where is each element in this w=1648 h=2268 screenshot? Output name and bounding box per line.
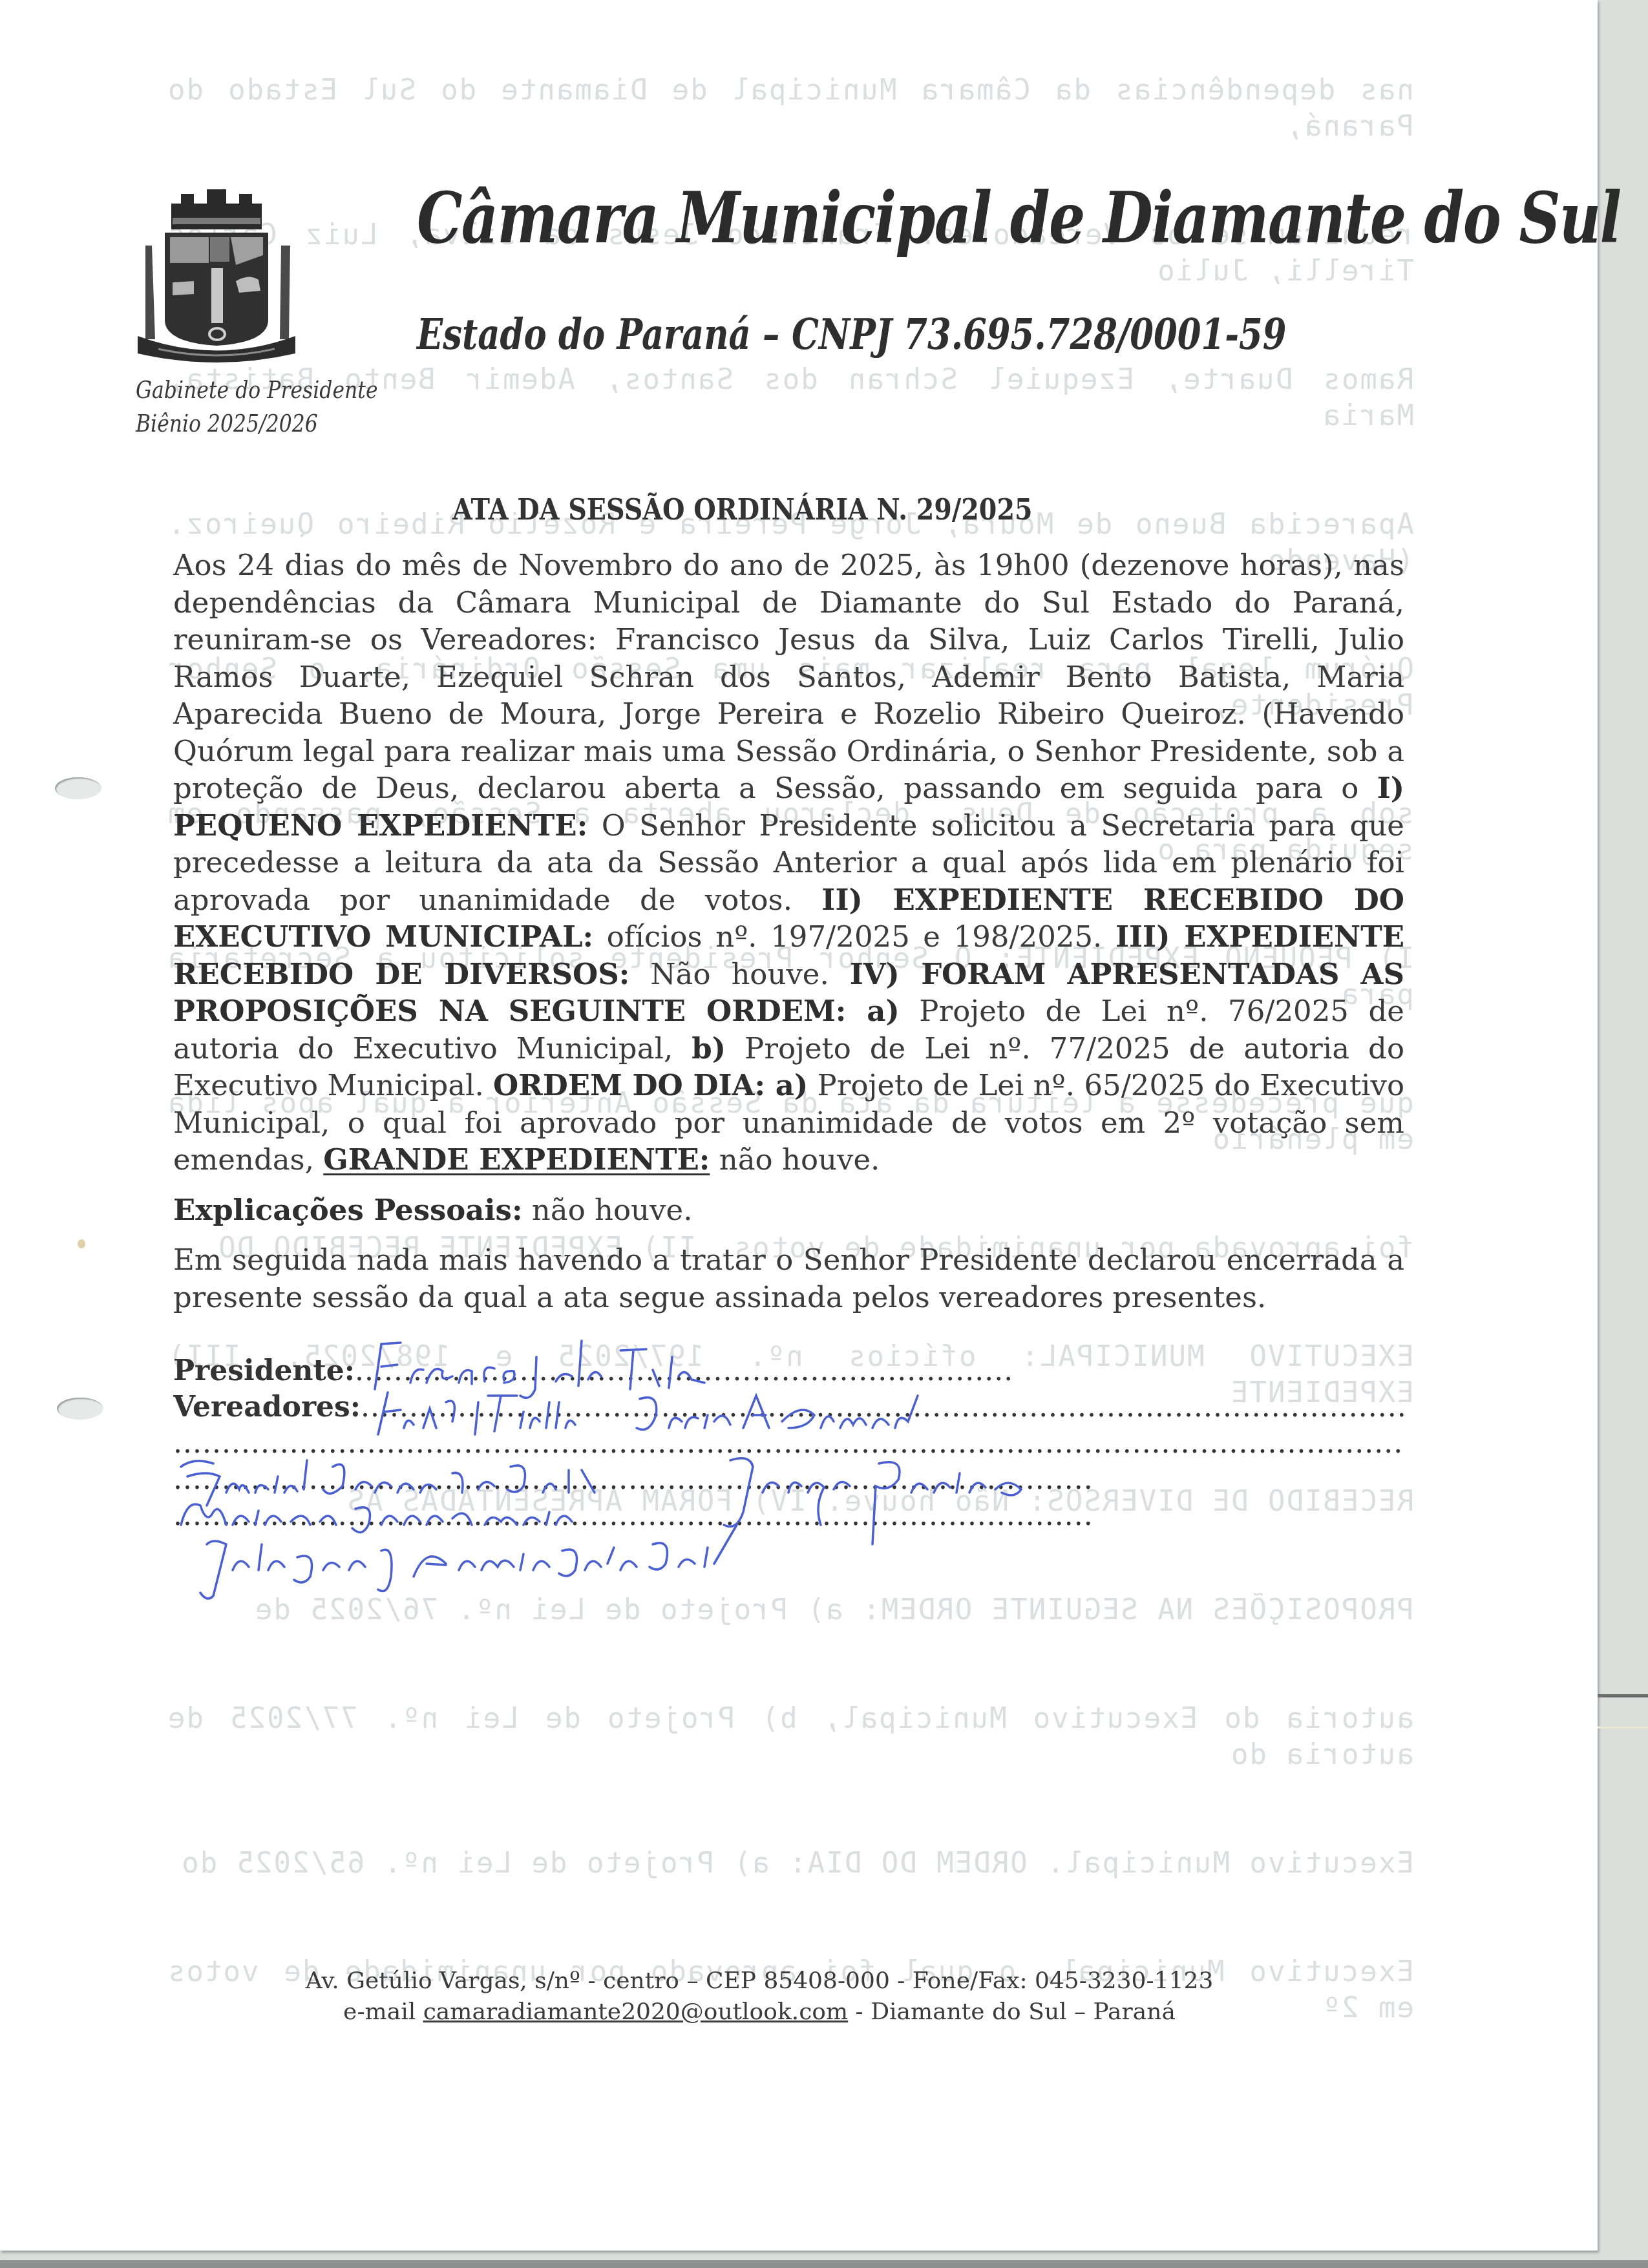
item-label: a) [846, 994, 899, 1028]
section-label-ordem-do-dia: ORDEM DO DIA: [493, 1068, 765, 1102]
councilors-signature-line: Vereadores:.............................… [173, 1391, 1404, 1423]
section-text: Não houve. [629, 957, 849, 991]
bleed-line: nas dependências da Câmara Municipal de … [167, 72, 1414, 145]
footer-city: - Diamante do Sul – Paraná [848, 1999, 1176, 2025]
office-name: Gabinete do Presidente [136, 373, 378, 407]
dotted-line: ........................................… [1184, 1391, 1404, 1423]
page-footer: Av. Getúlio Vargas, s/nº - centro – CEP … [239, 1966, 1280, 2028]
explicacoes-text: não houve. [523, 1193, 693, 1227]
section-text: não houve. [710, 1142, 880, 1177]
dotted-line: ........................................… [361, 1391, 1184, 1423]
explicacoes-label: Explicações Pessoais: [173, 1193, 523, 1227]
personal-explanations: Explicações Pessoais: não houve. [173, 1192, 1404, 1229]
punch-hole-bottom [57, 1398, 103, 1420]
dotted-line: ........................................… [173, 1463, 1055, 1496]
bleed-line: PROPOSIÇÕES NA SEGUINTE ORDEM: a) Projet… [167, 1592, 1414, 1628]
scanner-edge-mark [1598, 1694, 1648, 1697]
dotted-line: ........................................… [173, 1499, 1055, 1532]
state-cnpj: Estado do Paraná – CNPJ 73.695.728/0001-… [417, 309, 1287, 359]
minutes-paragraph: Aos 24 dias do mês de Novembro do ano de… [173, 547, 1404, 1179]
coat-of-arms-icon [132, 184, 301, 368]
document-title: ATA DA SESSÃO ORDINÁRIA N. 29/2025 [452, 494, 1032, 527]
paper-speck [78, 1239, 85, 1248]
office-term: Biênio 2025/2026 [136, 407, 378, 441]
scanned-page: nas dependências da Câmara Municipal de … [0, 0, 1598, 2251]
signature-line-4: ........................................… [173, 1463, 1091, 1496]
section-text: ofícios nº. 197/2025 e 198/2025. [593, 919, 1115, 954]
footer-contact: e-mail camaradiamante2020@outlook.com - … [239, 1997, 1280, 2028]
councilors-label: Vereadores: [173, 1391, 361, 1423]
dotted-line: ........................................… [1055, 1499, 1091, 1532]
item-label: b) [692, 1031, 726, 1066]
president-signature-line: Presidente:.............................… [173, 1354, 1110, 1387]
president-label: Presidente: [173, 1354, 355, 1387]
dotted-line: ........................................… [1316, 1427, 1404, 1460]
email-link[interactable]: camaradiamante2020@outlook.com [423, 1999, 849, 2025]
opening-text: Aos 24 dias do mês de Novembro do ano de… [173, 548, 1404, 805]
closing-paragraph: Em seguida nada mais havendo a tratar o … [173, 1241, 1404, 1316]
office-info: Gabinete do Presidente Biênio 2025/2026 [136, 373, 378, 441]
bleed-line: Executivo Municipal. ORDEM DO DIA: a) Pr… [167, 1845, 1414, 1882]
punch-hole-top [55, 777, 101, 799]
signature-line-3: ........................................… [173, 1427, 1404, 1460]
minutes-body: Aos 24 dias do mês de Novembro do ano de… [173, 547, 1404, 1316]
section-label-grande-expediente: GRANDE EXPEDIENTE: [323, 1142, 710, 1177]
scanner-edge-mark [1598, 1727, 1648, 1728]
footer-address: Av. Getúlio Vargas, s/nº - centro – CEP … [239, 1966, 1280, 1997]
scanner-bottom-border [0, 2260, 1648, 2268]
institution-name-text: Câmara Municipal de Diamante do Sul [417, 178, 1621, 259]
dotted-line: ........................................… [355, 1354, 1013, 1387]
dotted-line: ........................................… [173, 1427, 1316, 1460]
signature-line-5: ........................................… [173, 1499, 1091, 1532]
bleed-line: autoria do Executivo Municipal, b) Proje… [167, 1701, 1414, 1773]
institution-name: Câmara Municipal de Diamante do Sul [417, 178, 1621, 259]
dotted-line: ........................................… [1055, 1463, 1091, 1496]
item-label: a) [765, 1068, 808, 1102]
email-prefix: e-mail [343, 1999, 423, 2025]
